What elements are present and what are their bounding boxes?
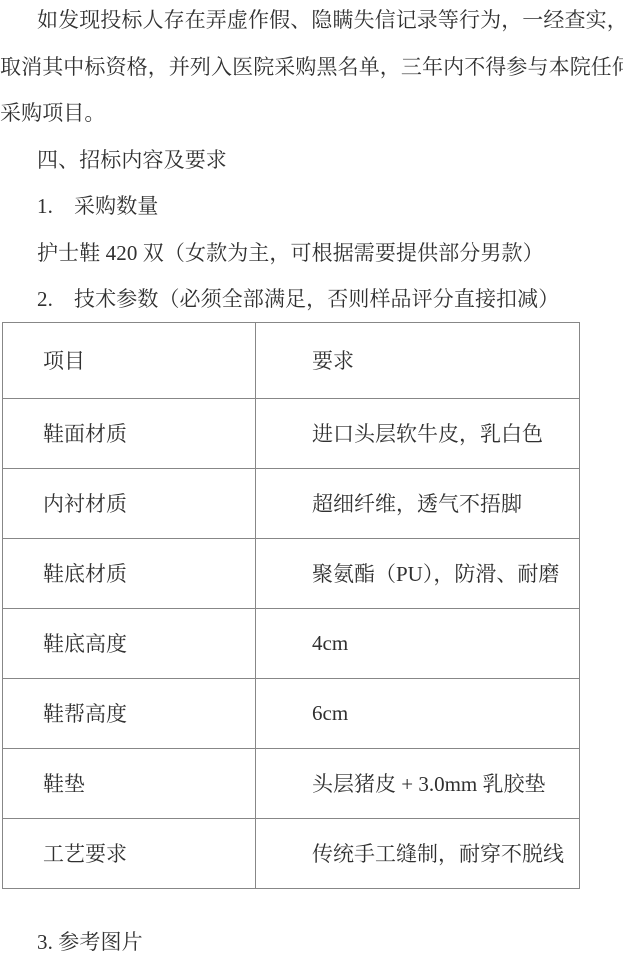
section-4-heading: 四、招标内容及要求 — [0, 136, 623, 183]
spec-item-cell: 工艺要求 — [3, 818, 256, 888]
item-1-heading: 1. 采购数量 — [0, 182, 623, 229]
spec-value-cell: 聚氨酯（PU），防滑、耐磨 — [256, 538, 580, 608]
spec-row-upper-material: 鞋面材质 进口头层软牛皮，乳白色 — [3, 398, 580, 468]
spec-row-sole-material: 鞋底材质 聚氨酯（PU），防滑、耐磨 — [3, 538, 580, 608]
intro-line-1: 如发现投标人存在弄虚作假、隐瞒失信记录等行为，一经查实， — [0, 0, 623, 43]
item-3-heading: 3. 参考图片 — [0, 918, 623, 956]
item-2-heading: 2. 技术参数（必须全部满足，否则样品评分直接扣减） — [0, 275, 623, 322]
spec-row-craft-requirement: 工艺要求 传统手工缝制，耐穿不脱线 — [3, 818, 580, 888]
spec-row-upper-height: 鞋帮高度 6cm — [3, 678, 580, 748]
spec-item-cell: 鞋面材质 — [3, 398, 256, 468]
spec-item-cell: 鞋底高度 — [3, 608, 256, 678]
spec-item-cell: 内衬材质 — [3, 468, 256, 538]
spec-item-cell: 鞋底材质 — [3, 538, 256, 608]
spec-value-cell: 传统手工缝制，耐穿不脱线 — [256, 818, 580, 888]
spec-row-lining-material: 内衬材质 超细纤维，透气不捂脚 — [3, 468, 580, 538]
intro-line-3: 采购项目。 — [0, 89, 623, 136]
col-header-item: 项目 — [3, 322, 256, 398]
spec-item-cell: 鞋帮高度 — [3, 678, 256, 748]
spec-row-sole-height: 鞋底高度 4cm — [3, 608, 580, 678]
spec-value-cell: 4cm — [256, 608, 580, 678]
quantity-line: 护士鞋 420 双（女款为主，可根据需要提供部分男款） — [0, 229, 623, 276]
intro-paragraph: 如发现投标人存在弄虚作假、隐瞒失信记录等行为，一经查实， 取消其中标资格，并列入… — [0, 0, 623, 322]
spec-item-cell: 鞋垫 — [3, 748, 256, 818]
spec-row-insole: 鞋垫 头层猪皮 + 3.0mm 乳胶垫 — [3, 748, 580, 818]
col-header-requirement: 要求 — [256, 322, 580, 398]
spec-value-cell: 进口头层软牛皮，乳白色 — [256, 398, 580, 468]
spec-table-header-row: 项目 要求 — [3, 322, 580, 398]
spec-table: 项目 要求 鞋面材质 进口头层软牛皮，乳白色 内衬材质 超细纤维，透气不捂脚 鞋… — [2, 322, 580, 889]
document-page: 如发现投标人存在弄虚作假、隐瞒失信记录等行为，一经查实， 取消其中标资格，并列入… — [0, 0, 623, 956]
spec-value-cell: 6cm — [256, 678, 580, 748]
spec-value-cell: 超细纤维，透气不捂脚 — [256, 468, 580, 538]
spec-value-cell: 头层猪皮 + 3.0mm 乳胶垫 — [256, 748, 580, 818]
intro-line-2: 取消其中标资格，并列入医院采购黑名单，三年内不得参与本院任何 — [0, 43, 623, 90]
